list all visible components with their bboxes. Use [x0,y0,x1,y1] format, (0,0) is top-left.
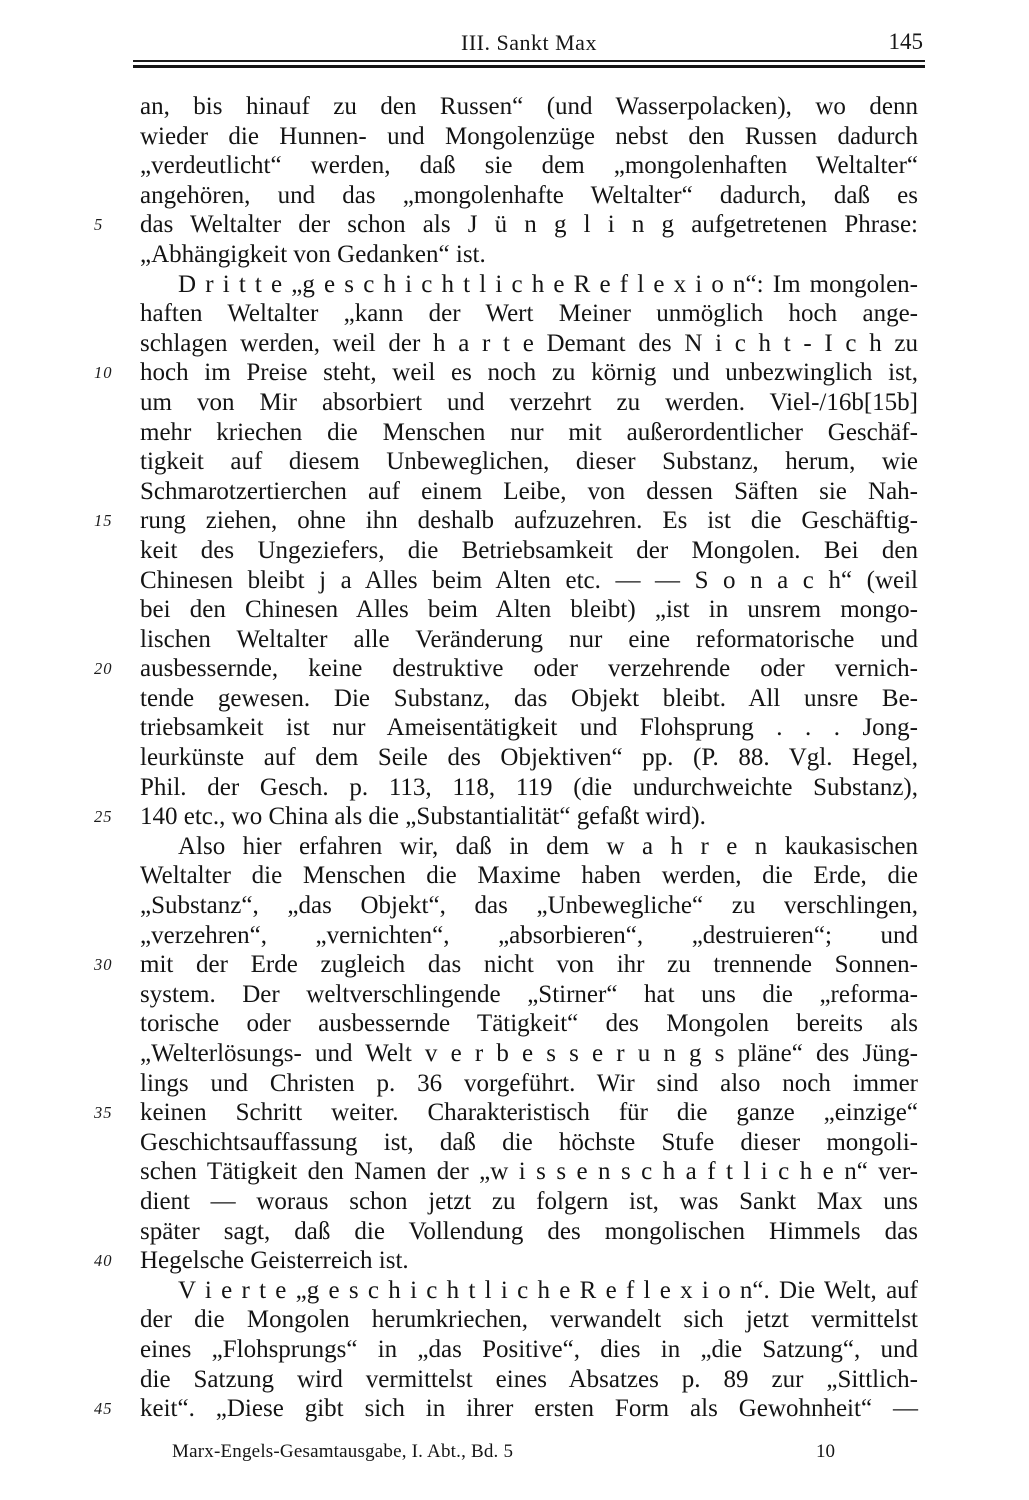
text-line: torische oder ausbessernde Tätigkeit“ de… [140,1009,918,1039]
line-text: hoch im Preise steht, weil es noch zu kö… [140,358,918,388]
text-line: der die Mongolen herumkriechen, verwande… [140,1305,918,1335]
page-footer: Marx-Engels-Gesamtausgabe, I. Abt., Bd. … [140,1441,918,1467]
line-text: triebsamkeit ist nur Ameisentätigkeit un… [140,713,918,743]
text-line: 30 mit der Erde zugleich das nicht von i… [140,950,918,980]
line-text: keit“. „Diese gibt sich in ihrer ersten … [140,1394,918,1424]
text-line: Geschichtsauffassung ist, daß die höchst… [140,1128,918,1158]
line-number: 30 [94,955,132,975]
text-line: triebsamkeit ist nur Ameisentätigkeit un… [140,713,918,743]
text-line: tende gewesen. Die Substanz, das Objekt … [140,684,918,714]
line-text: Phil. der Gesch. p. 113, 118, 119 (die u… [140,773,918,803]
text-line: keit des Ungeziefers, die Betriebsamkeit… [140,536,918,566]
line-text: Weltalter die Menschen die Maxime haben … [140,861,918,891]
text-line: 15 rung ziehen, ohne ihn deshalb aufzuze… [140,506,918,536]
text-line: lischen Weltalter alle Veränderung nur e… [140,625,918,655]
line-text: das Weltalter der schon als J ü n g l i … [140,210,918,240]
line-text: haften Weltalter „kann der Wert Meiner u… [140,299,918,329]
text-line: wieder die Hunnen- und Mongolenzüge nebs… [140,122,918,152]
book-page: III. Sankt Max 145 an, bis hinauf zu den… [0,0,1029,1500]
text-line: dient — woraus schon jetzt zu folgern is… [140,1187,918,1217]
line-text: dient — woraus schon jetzt zu folgern is… [140,1187,918,1217]
text-line: Weltalter die Menschen die Maxime haben … [140,861,918,891]
line-text: angehören, und das „mongolenhafte Weltal… [140,181,918,211]
line-text: bei den Chinesen Alles beim Alten bleibt… [140,595,918,625]
line-text: Schmarotzertierchen auf einem Leibe, von… [140,477,918,507]
line-text: Chinesen bleibt j a Alles beim Alten etc… [140,566,918,596]
line-text: Also hier erfahren wir, daß in dem w a h… [140,832,918,862]
line-text: D r i t t e „g e s c h i c h t l i c h e… [140,270,918,300]
text-line: an, bis hinauf zu den Russen“ (und Wasse… [140,92,918,122]
text-line: „verzehren“, „vernichten“, „absorbieren“… [140,921,918,951]
line-text: Geschichtsauffassung ist, daß die höchst… [140,1128,918,1158]
line-text: ausbessernde, keine destruktive oder ver… [140,654,918,684]
text-line: eines „Flohsprungs“ in „das Positive“, d… [140,1335,918,1365]
text-line: die Satzung wird vermittelst eines Absat… [140,1365,918,1395]
line-text: mehr kriechen die Menschen nur mit außer… [140,418,918,448]
line-text: schlagen werden, weil der h a r t e Dema… [140,329,918,359]
line-text: system. Der weltverschlingende „Stirner“… [140,980,918,1010]
line-text: „verzehren“, „vernichten“, „absorbieren“… [140,921,918,951]
text-line: 5 das Weltalter der schon als J ü n g l … [140,210,918,240]
text-line: haften Weltalter „kann der Wert Meiner u… [140,299,918,329]
text-line: „verdeutlicht“ werden, daß sie dem „mong… [140,151,918,181]
text-line: system. Der weltverschlingende „Stirner“… [140,980,918,1010]
text-line: 40 Hegelsche Geisterreich ist. [140,1246,918,1276]
line-text: schen Tätigkeit den Namen der „w i s s e… [140,1157,918,1187]
page-header: III. Sankt Max 145 [133,30,925,58]
line-text: um von Mir absorbiert und verzehrt zu we… [140,388,918,418]
text-line: lings und Christen p. 36 vorgeführt. Wir… [140,1069,918,1099]
text-line: mehr kriechen die Menschen nur mit außer… [140,418,918,448]
line-text: wieder die Hunnen- und Mongolenzüge nebs… [140,122,918,152]
text-line: V i e r t e „g e s c h i c h t l i c h e… [140,1276,918,1306]
text-line: „Substanz“, „das Objekt“, das „Unbewegli… [140,891,918,921]
line-text: tende gewesen. Die Substanz, das Objekt … [140,684,918,714]
page-number: 145 [889,29,924,55]
footer-imprint: Marx-Engels-Gesamtausgabe, I. Abt., Bd. … [172,1441,513,1463]
line-text: „verdeutlicht“ werden, daß sie dem „mong… [140,151,918,181]
text-line: D r i t t e „g e s c h i c h t l i c h e… [140,270,918,300]
sheet-signature-number: 10 [816,1441,835,1463]
text-line: „Welterlösungs- und Welt v e r b e s s e… [140,1039,918,1069]
line-text: „Substanz“, „das Objekt“, das „Unbewegli… [140,891,918,921]
line-text: an, bis hinauf zu den Russen“ (und Wasse… [140,92,918,122]
line-text: der die Mongolen herumkriechen, verwande… [140,1305,918,1335]
running-header-title: III. Sankt Max [133,30,925,56]
line-text: Hegelsche Geisterreich ist. [140,1246,918,1276]
line-text: V i e r t e „g e s c h i c h t l i c h e… [140,1276,918,1306]
line-text: torische oder ausbessernde Tätigkeit“ de… [140,1009,918,1039]
line-text: keinen Schritt weiter. Charakteristisch … [140,1098,918,1128]
line-number: 35 [94,1103,132,1123]
line-text: 140 etc., wo China als die „Substantiali… [140,802,918,832]
text-line: leurkünste auf dem Seile des Objektiven“… [140,743,918,773]
line-text: lings und Christen p. 36 vorgeführt. Wir… [140,1069,918,1099]
text-line: angehören, und das „mongolenhafte Weltal… [140,181,918,211]
body-text-block: an, bis hinauf zu den Russen“ (und Wasse… [140,92,918,1424]
line-text: die Satzung wird vermittelst eines Absat… [140,1365,918,1395]
line-text: lischen Weltalter alle Veränderung nur e… [140,625,918,655]
line-number: 25 [94,807,132,827]
line-number: 10 [94,363,132,383]
text-line: 45 keit“. „Diese gibt sich in ihrer erst… [140,1394,918,1424]
line-text: mit der Erde zugleich das nicht von ihr … [140,950,918,980]
text-line: 20 ausbessernde, keine destruktive oder … [140,654,918,684]
text-line: 10 hoch im Preise steht, weil es noch zu… [140,358,918,388]
text-line: bei den Chinesen Alles beim Alten bleibt… [140,595,918,625]
line-number: 45 [94,1399,132,1419]
text-line: „Abhängigkeit von Gedanken“ ist. [140,240,918,270]
text-line: Schmarotzertierchen auf einem Leibe, von… [140,477,918,507]
text-line: Also hier erfahren wir, daß in dem w a h… [140,832,918,862]
text-line: Phil. der Gesch. p. 113, 118, 119 (die u… [140,773,918,803]
line-text: „Abhängigkeit von Gedanken“ ist. [140,240,918,270]
text-line: tigkeit auf diesem Unbeweglichen, dieser… [140,447,918,477]
text-line: später sagt, daß die Vollendung des mong… [140,1217,918,1247]
line-text: keit des Ungeziefers, die Betriebsamkeit… [140,536,918,566]
line-text: „Welterlösungs- und Welt v e r b e s s e… [140,1039,918,1069]
text-line: schlagen werden, weil der h a r t e Dema… [140,329,918,359]
line-number: 20 [94,659,132,679]
line-text: später sagt, daß die Vollendung des mong… [140,1217,918,1247]
text-line: um von Mir absorbiert und verzehrt zu we… [140,388,918,418]
line-text: rung ziehen, ohne ihn deshalb aufzuzehre… [140,506,918,536]
line-text: leurkünste auf dem Seile des Objektiven“… [140,743,918,773]
text-line: 35 keinen Schritt weiter. Charakteristis… [140,1098,918,1128]
line-text: tigkeit auf diesem Unbeweglichen, dieser… [140,447,918,477]
line-number: 15 [94,511,132,531]
text-line: Chinesen bleibt j a Alles beim Alten etc… [140,566,918,596]
text-line: schen Tätigkeit den Namen der „w i s s e… [140,1157,918,1187]
text-line: 25 140 etc., wo China als die „Substanti… [140,802,918,832]
header-rule-divider [133,60,925,68]
line-text: eines „Flohsprungs“ in „das Positive“, d… [140,1335,918,1365]
line-number: 5 [94,215,132,235]
line-number: 40 [94,1251,132,1271]
